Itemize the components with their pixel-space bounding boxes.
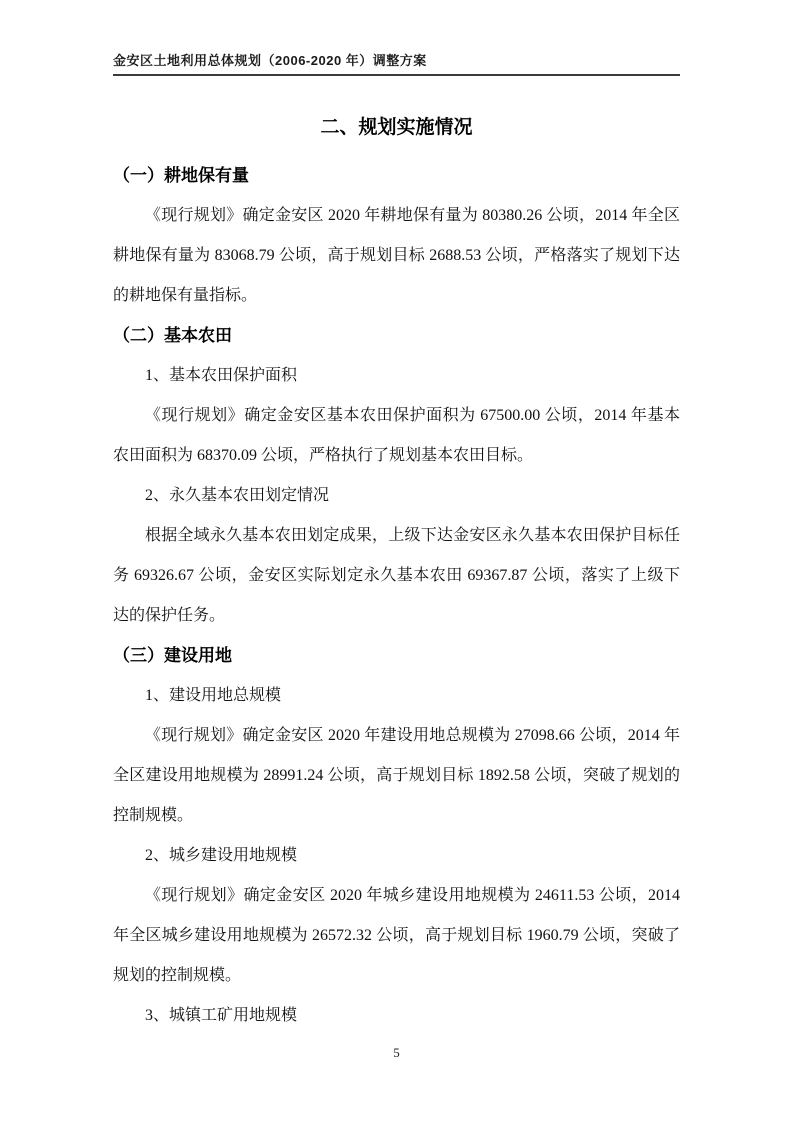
page-footer: 5 (0, 1044, 793, 1062)
paragraph: 《现行规划》确定金安区基本农田保护面积为 67500.00 公顷，2014 年基… (113, 396, 680, 476)
page-number: 5 (393, 1045, 400, 1060)
subheading: 1、建设用地总规模 (113, 676, 680, 716)
subheading: 2、城乡建设用地规模 (113, 836, 680, 876)
subheading: 1、基本农田保护面积 (113, 356, 680, 396)
page-header: 金安区土地利用总体规划（2006-2020 年）调整方案 (113, 50, 680, 76)
paragraph: 根据全域永久基本农田划定成果，上级下达金安区永久基本农田保护目标任务 69326… (113, 516, 680, 636)
paragraph: 《现行规划》确定金安区 2020 年耕地保有量为 80380.26 公顷，201… (113, 196, 680, 316)
paragraph: 《现行规划》确定金安区 2020 年城乡建设用地规模为 24611.53 公顷，… (113, 876, 680, 996)
section-heading-basic-farmland: （二）基本农田 (113, 316, 680, 356)
section-heading-construction-land: （三）建设用地 (113, 636, 680, 676)
header-title: 金安区土地利用总体规划（2006-2020 年）调整方案 (113, 50, 680, 69)
document-title: 二、规划实施情况 (113, 108, 680, 148)
subheading: 2、永久基本农田划定情况 (113, 476, 680, 516)
document-page: 金安区土地利用总体规划（2006-2020 年）调整方案 二、规划实施情况 （一… (0, 0, 793, 1122)
subheading: 3、城镇工矿用地规模 (113, 996, 680, 1036)
section-heading-cultivated-land: （一）耕地保有量 (113, 156, 680, 196)
paragraph: 《现行规划》确定金安区 2020 年建设用地总规模为 27098.66 公顷，2… (113, 716, 680, 836)
